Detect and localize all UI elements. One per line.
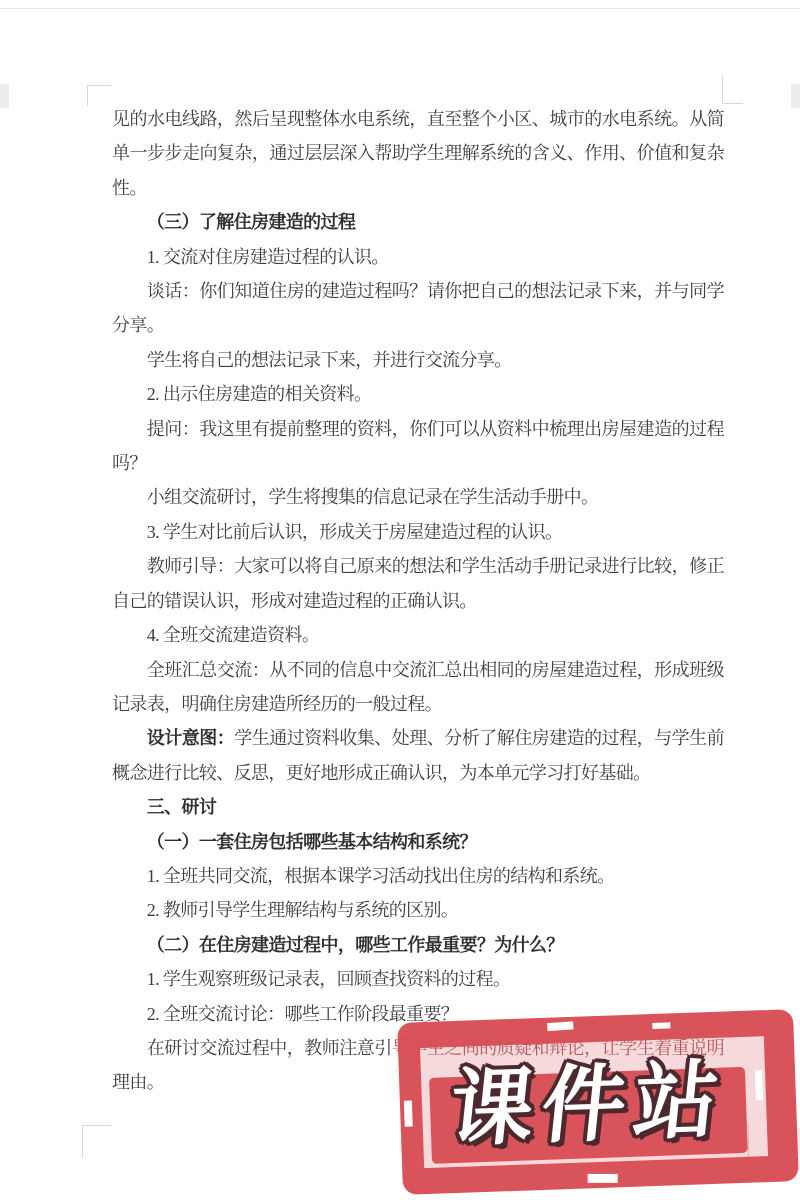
paragraph: 2. 教师引导学生理解结构与系统的区别。 [112, 893, 724, 927]
paragraph: 提问：我这里有提前整理的资料，你们可以从资料中梳理出房屋建造的过程吗？ [112, 412, 724, 481]
stamp-brush-gap [588, 1174, 618, 1183]
text-boundary-mark [87, 85, 111, 106]
stamp-watermark: 课件站 [397, 1009, 799, 1195]
section-heading: （一）一套住房包括哪些基本结构和系统？ [112, 825, 724, 859]
paragraph-text: 理由。 [112, 1072, 164, 1092]
paragraph: 全班汇总交流：从不同的信息中交流汇总出相同的房屋建造过程，形成班级记录表，明确住… [112, 653, 724, 722]
bold-lead-text: 设计意图： [147, 728, 234, 748]
section-heading: （二）在住房建造过程中，哪些工作最重要？为什么？ [112, 928, 724, 962]
stamp-brush-gap [755, 1070, 763, 1100]
paragraph: 3. 学生对比前后认识，形成关于房屋建造过程的认识。 [112, 515, 724, 549]
paragraph: 教师引导：大家可以将自己原来的想法和学生活动手册记录进行比较，修正自己的错误认识… [112, 549, 724, 618]
stamp-brush-gap [404, 1100, 413, 1126]
text-boundary-mark [82, 1125, 111, 1158]
paragraph: 1. 交流对住房建造过程的认识。 [112, 240, 724, 274]
stamp-label: 课件站 [426, 1055, 751, 1152]
paragraph: 谈话：你们知道住房的建造过程吗？请你把自己的想法记录下来，并与同学分享。 [112, 274, 724, 343]
section-heading: 三、研讨 [112, 790, 724, 824]
page-edge-shadow [791, 84, 800, 108]
paragraph: 学生将自己的想法记录下来，并进行交流分享。 [112, 343, 724, 377]
page-edge-line [0, 8, 800, 9]
paragraph: 1. 学生观察班级记录表，回顾查找资料的过程。 [112, 962, 724, 996]
text-boundary-mark [722, 75, 743, 104]
stamp-brush-mark [690, 1164, 707, 1174]
paragraph: 1. 全班共同交流，根据本课学习活动找出住房的结构和系统。 [112, 859, 724, 893]
paragraph: 4. 全班交流建造资料。 [112, 618, 724, 652]
text-body: 见的水电线路，然后呈现整体水电系统，直至整个小区、城市的水电系统。从简单一步步走… [112, 102, 724, 1100]
paragraph: 小组交流研讨，学生将搜集的信息记录在学生活动手册中。 [112, 480, 724, 514]
paragraph: 见的水电线路，然后呈现整体水电系统，直至整个小区、城市的水电系统。从简单一步步走… [112, 102, 724, 205]
paragraph: 2. 出示住房建造的相关资料。 [112, 377, 724, 411]
paragraph-text: 在研讨交流过程中，教师注意引 [147, 1038, 392, 1058]
stamp-inner-box: 课件站 [429, 1067, 748, 1164]
page-edge-shadow [0, 84, 9, 108]
paragraph: 设计意图：学生通过资料收集、处理、分析了解住房建造的过程，与学生前概念进行比较、… [112, 721, 724, 790]
stamp-brush-gap [652, 1022, 670, 1029]
section-heading: （三）了解住房建造的过程 [112, 205, 724, 239]
